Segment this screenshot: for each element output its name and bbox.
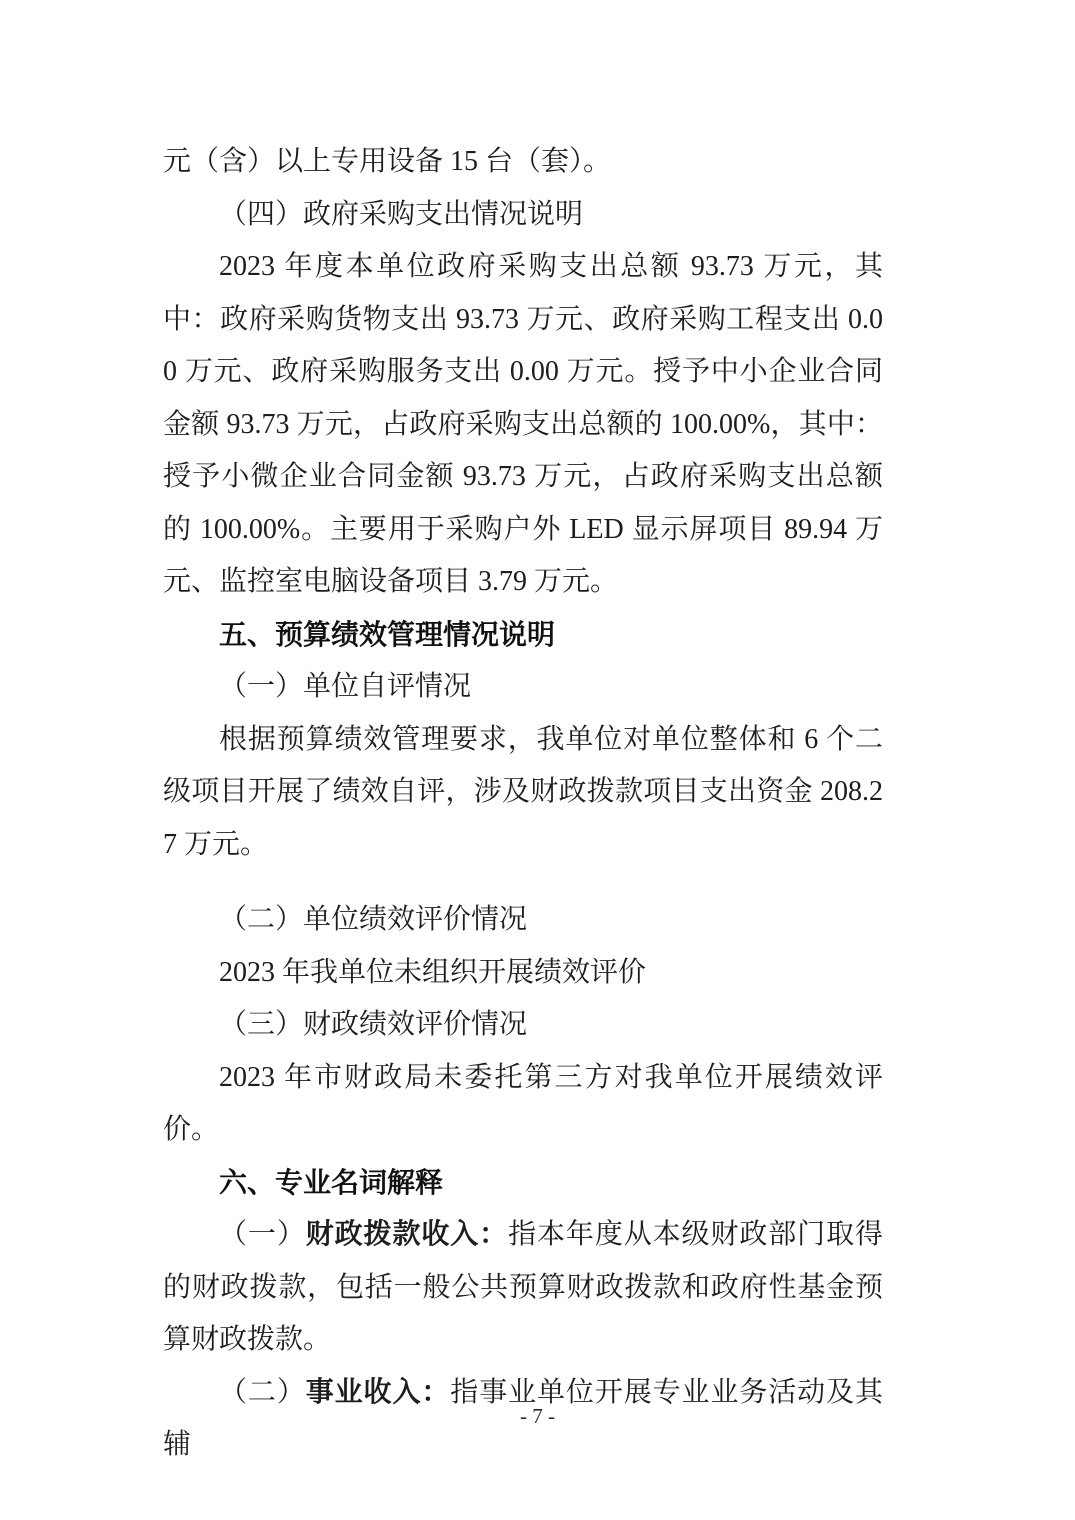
subheading-5-3-fiscal-performance-evaluation: （三）财政绩效评价情况 xyxy=(163,999,883,1052)
subheading-5-1-self-evaluation: （一）单位自评情况 xyxy=(163,661,883,714)
term-label: 财政拨款收入： xyxy=(306,1219,508,1250)
document-page: 元（含）以上专用设备 15 台（套）。 （四）政府采购支出情况说明 2023 年… xyxy=(0,0,1075,1520)
document-body: 元（含）以上专用设备 15 台（套）。 （四）政府采购支出情况说明 2023 年… xyxy=(163,136,883,1472)
subheading-4-gov-procurement: （四）政府采购支出情况说明 xyxy=(163,189,883,242)
paragraph-no-fiscal-evaluation: 2023 年市财政局未委托第三方对我单位开展绩效评价。 xyxy=(163,1052,883,1157)
page-number: - 7 - xyxy=(0,1400,1075,1432)
paragraph-no-unit-evaluation: 2023 年我单位未组织开展绩效评价 xyxy=(163,947,883,1000)
paragraph-self-evaluation-details: 根据预算绩效管理要求，我单位对单位整体和 6 个二级项目开展了绩效自评，涉及财政… xyxy=(163,714,883,872)
section-heading-5-budget-performance: 五、预算绩效管理情况说明 xyxy=(163,609,883,662)
term-prefix: （一） xyxy=(219,1219,306,1250)
paragraph-previous-page-continuation: 元（含）以上专用设备 15 台（套）。 xyxy=(163,136,883,189)
paragraph-term-fiscal-appropriation-income: （一）财政拨款收入：指本年度从本级财政部门取得的财政拨款，包括一般公共预算财政拨… xyxy=(163,1209,883,1367)
subheading-5-2-unit-performance-evaluation: （二）单位绩效评价情况 xyxy=(163,894,883,947)
paragraph-procurement-details: 2023 年度本单位政府采购支出总额 93.73 万元，其中：政府采购货物支出 … xyxy=(163,241,883,609)
section-heading-6-terminology: 六、专业名词解释 xyxy=(163,1157,883,1210)
